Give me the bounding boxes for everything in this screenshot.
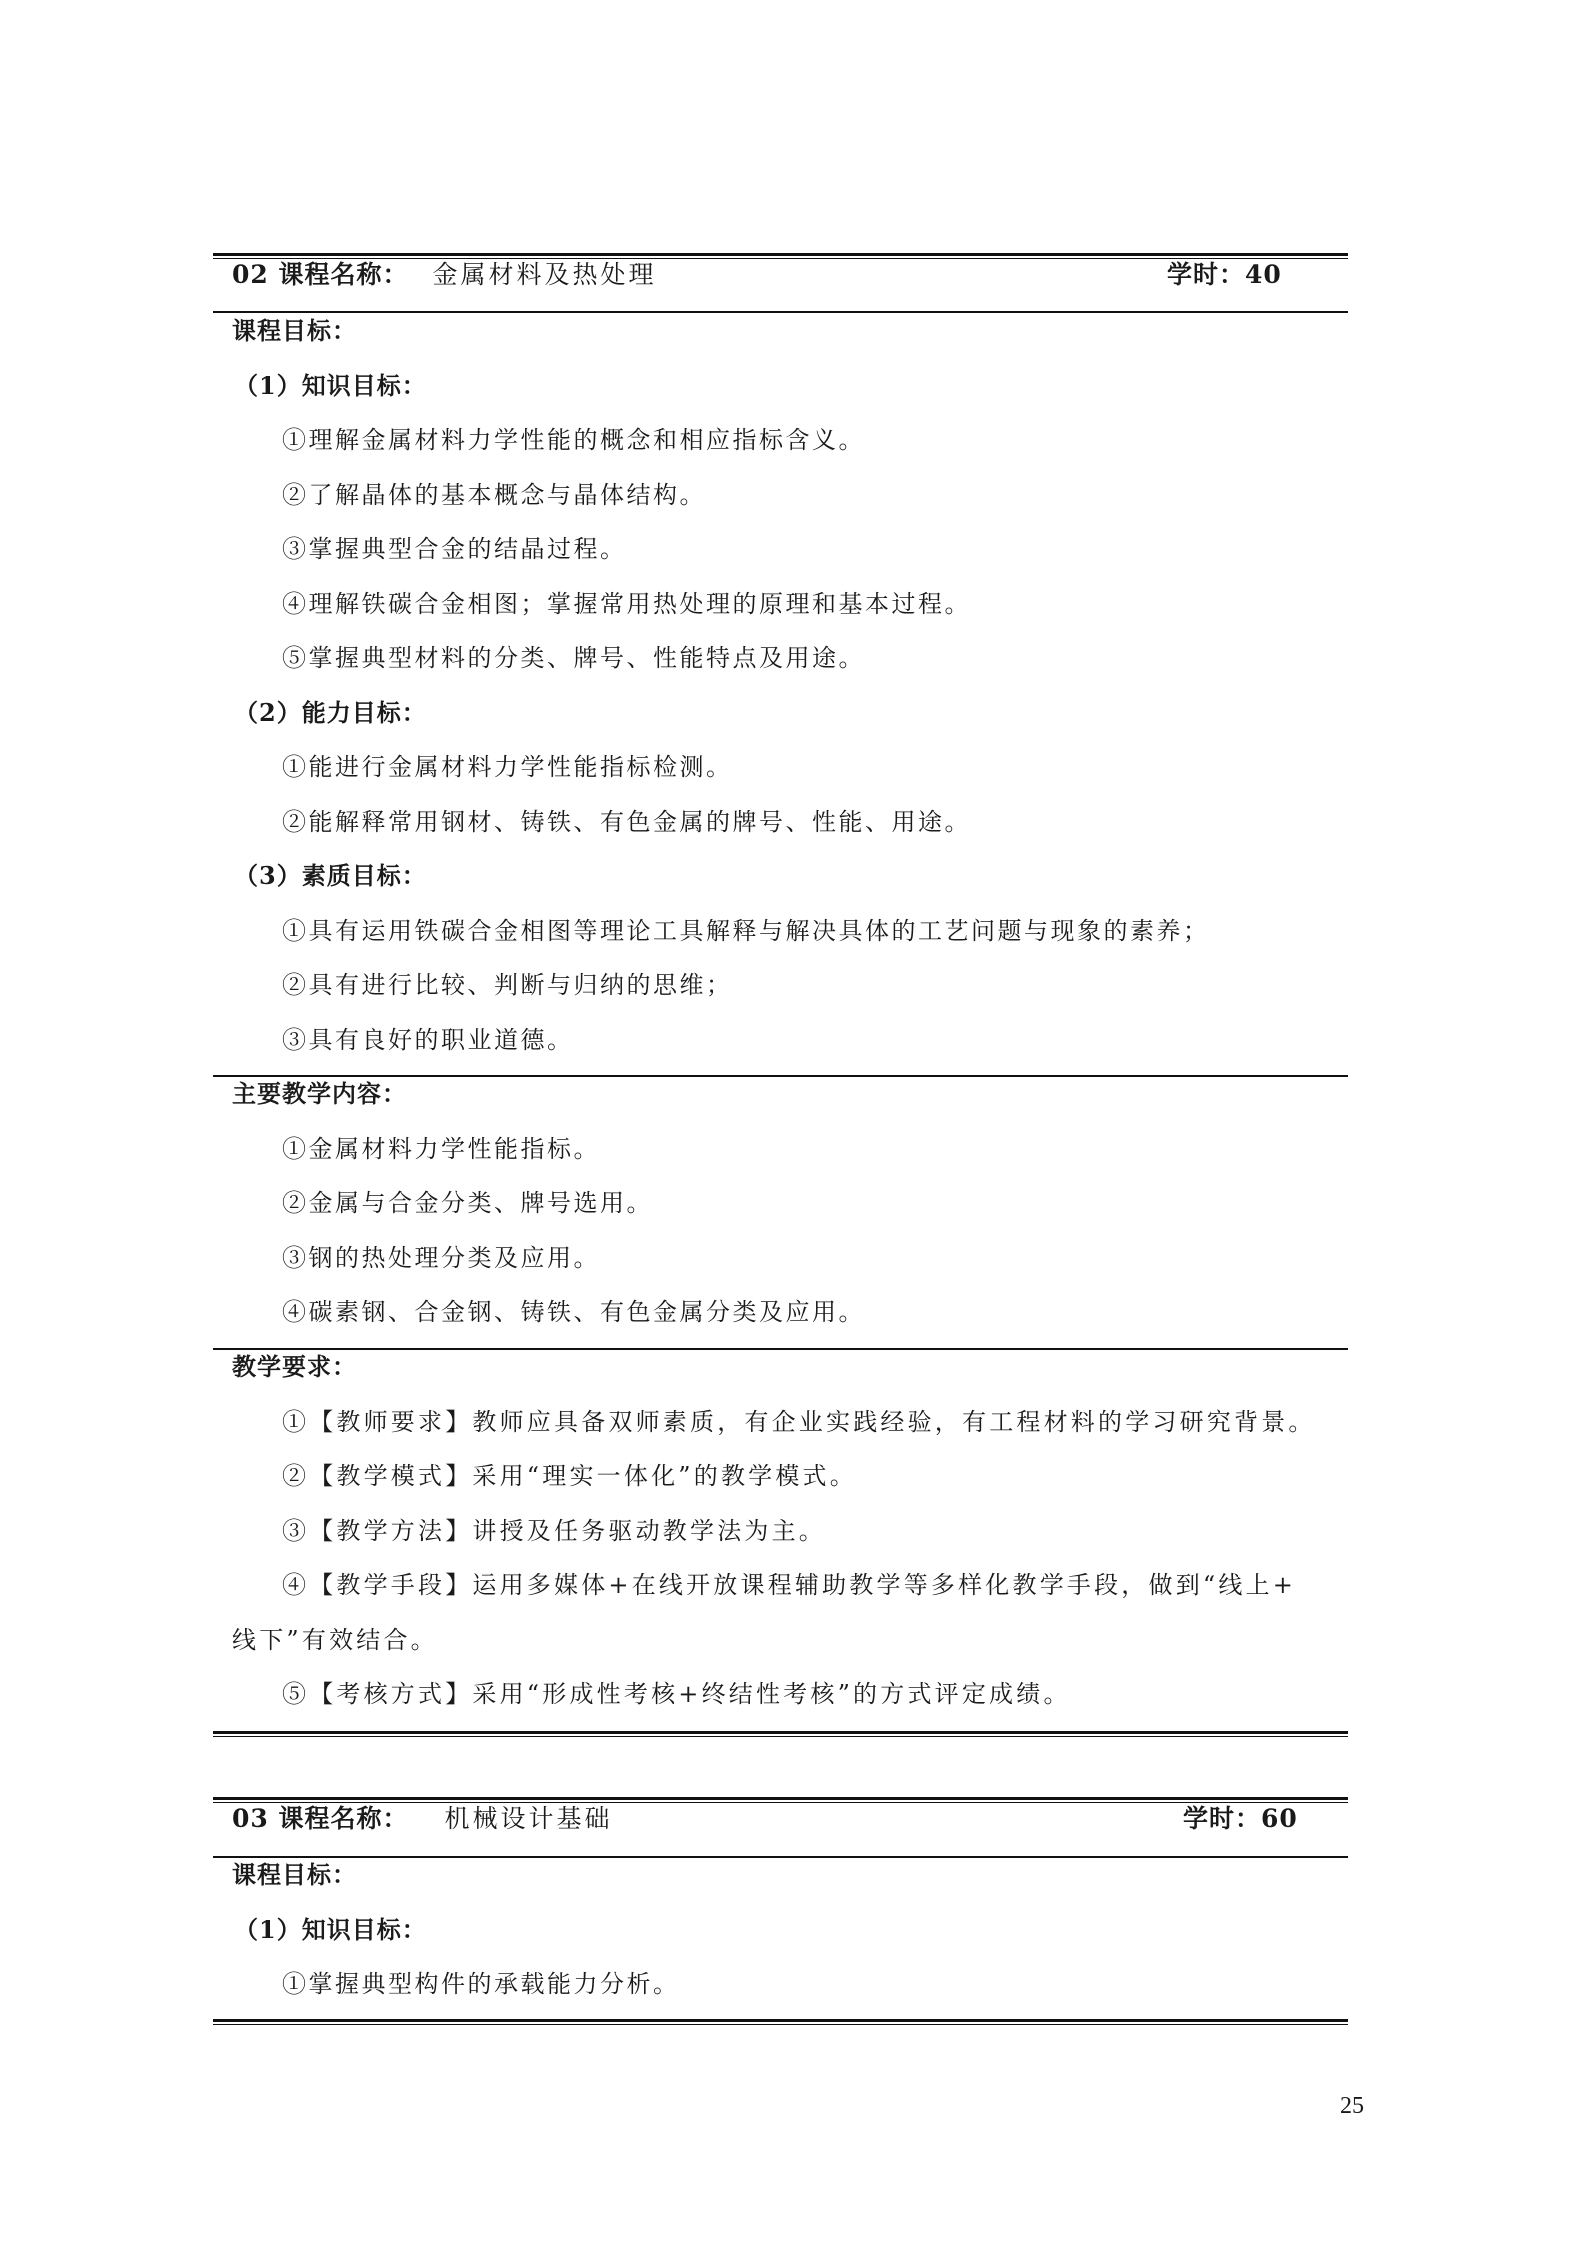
content-item: ②金属与合金分类、牌号选用。: [282, 1188, 653, 1218]
course-hours: 学时：60: [1183, 1803, 1298, 1835]
content-item: ③钢的热处理分类及应用。: [282, 1243, 600, 1273]
requirement-item: ⑤【考核方式】采用“形成性考核+终结性考核”的方式评定成绩。: [282, 1679, 1071, 1709]
requirement-item: ①【教师要求】教师应具备双师素质，有企业实践经验，有工程材料的学习研究背景。: [282, 1407, 1316, 1437]
knowledge-item: ⑤掌握典型材料的分类、牌号、性能特点及用途。: [282, 643, 865, 673]
table-bottom-rule: [213, 1731, 1348, 1737]
content-heading: 主要教学内容：: [232, 1079, 407, 1109]
knowledge-item: ①理解金属材料力学性能的概念和相应指标含义。: [282, 425, 865, 455]
course-name: 机械设计基础: [445, 1804, 613, 1833]
objectives-heading: 课程目标：: [232, 1860, 357, 1890]
requirements-heading: 教学要求：: [232, 1352, 357, 1382]
quality-item: ③具有良好的职业道德。: [282, 1025, 574, 1055]
course-number-label: 02 课程名称：: [232, 260, 409, 289]
row-divider: [213, 1856, 1348, 1858]
content-item: ④碳素钢、合金钢、铸铁、有色金属分类及应用。: [282, 1297, 865, 1327]
requirement-item: ③【教学方法】讲授及任务驱动教学法为主。: [282, 1516, 826, 1546]
row-divider: [213, 311, 1348, 313]
course-name: 金属材料及热处理: [433, 260, 657, 289]
course-title-row: 02 课程名称：金属材料及热处理 学时：40: [232, 259, 1332, 291]
knowledge-item: ②了解晶体的基本概念与晶体结构。: [282, 480, 706, 510]
ability-item: ①能进行金属材料力学性能指标检测。: [282, 752, 733, 782]
ability-item: ②能解释常用钢材、铸铁、有色金属的牌号、性能、用途。: [282, 807, 971, 837]
knowledge-item: ③掌握典型合金的结晶过程。: [282, 534, 627, 564]
objectives-heading: 课程目标：: [232, 316, 357, 346]
course-hours: 学时：40: [1167, 259, 1282, 291]
ability-objectives-heading: （2）能力目标：: [234, 698, 427, 728]
course-title-row: 03 课程名称：机械设计基础 学时：60: [232, 1803, 1332, 1835]
knowledge-item: ①掌握典型构件的承载能力分析。: [282, 1969, 680, 1999]
row-divider: [213, 1075, 1348, 1077]
quality-objectives-heading: （3）素质目标：: [234, 861, 427, 891]
knowledge-item: ④理解铁碳合金相图；掌握常用热处理的原理和基本过程。: [282, 589, 971, 619]
quality-item: ①具有运用铁碳合金相图等理论工具解释与解决具体的工艺问题与现象的素养；: [282, 916, 1210, 946]
document-page: 02 课程名称：金属材料及热处理 学时：40 课程目标： （1）知识目标： ①理…: [0, 0, 1587, 2245]
knowledge-objectives-heading: （1）知识目标：: [234, 371, 427, 401]
table-bottom-rule: [213, 2019, 1348, 2025]
content-item: ①金属材料力学性能指标。: [282, 1134, 600, 1164]
requirement-item: ④【教学手段】运用多媒体+在线开放课程辅助教学等多样化教学手段，做到“线上+: [282, 1570, 1296, 1600]
page-number: 25: [1340, 2093, 1364, 2120]
knowledge-objectives-heading: （1）知识目标：: [234, 1915, 427, 1945]
row-divider: [213, 1348, 1348, 1350]
course-number-label: 03 课程名称：: [232, 1804, 409, 1833]
requirement-item-continuation: 线下”有效结合。: [232, 1625, 438, 1655]
requirement-item: ②【教学模式】采用“理实一体化”的教学模式。: [282, 1461, 857, 1491]
quality-item: ②具有进行比较、判断与归纳的思维；: [282, 970, 733, 1000]
